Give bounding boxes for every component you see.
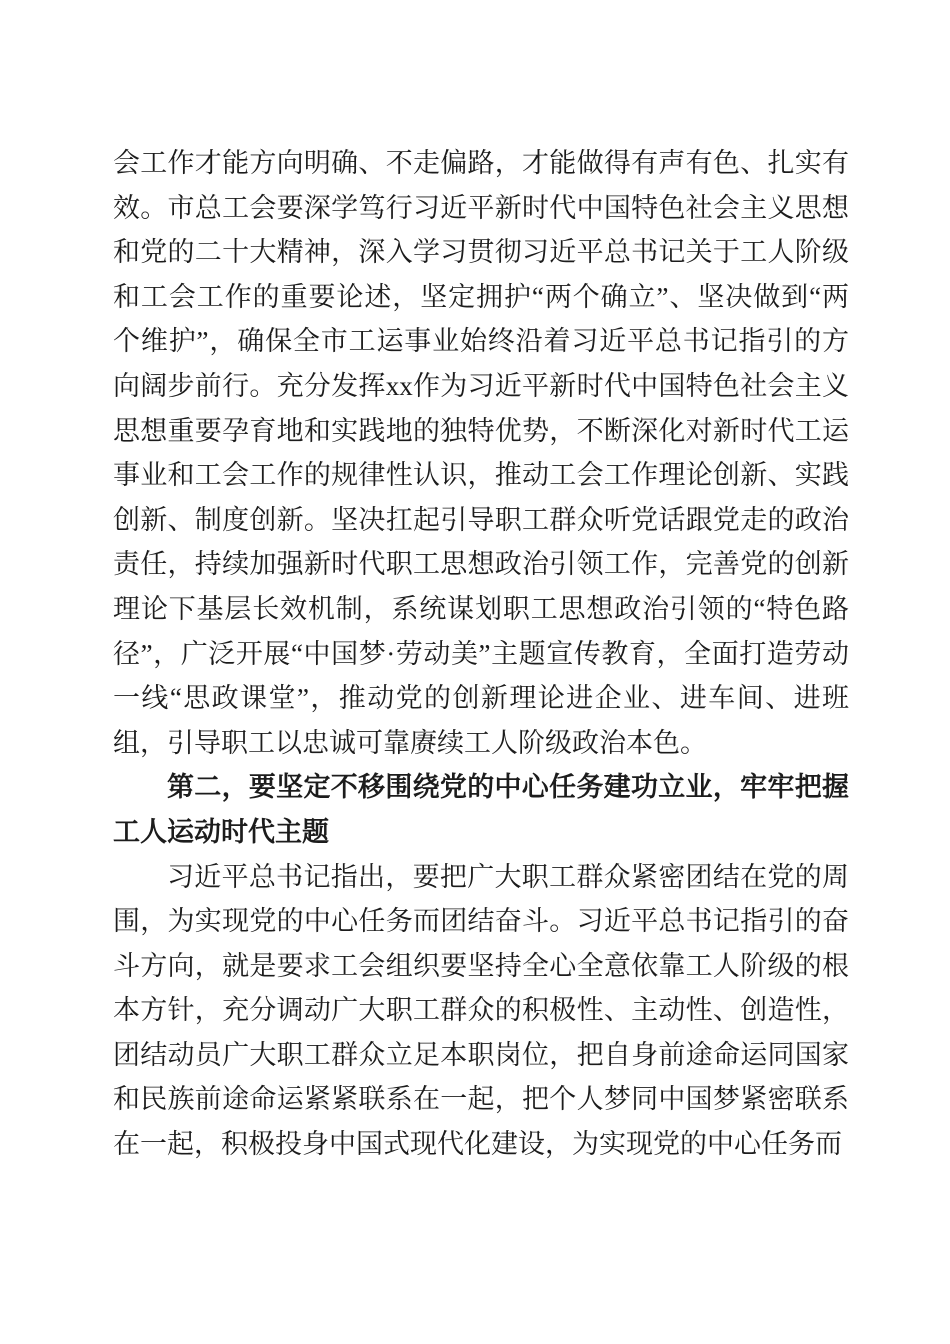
paragraph-body: 习近平总书记指出，要把广大职工群众紧密团结在党的周围，为实现党的中心任务而团结奋… bbox=[113, 855, 849, 1167]
paragraph-continuation: 会工作才能方向明确、不走偏路，才能做得有声有色、扎实有效。市总工会要深学笃行习近… bbox=[113, 141, 849, 765]
document-text-block: 会工作才能方向明确、不走偏路，才能做得有声有色、扎实有效。市总工会要深学笃行习近… bbox=[113, 141, 849, 1167]
document-page: 会工作才能方向明确、不走偏路，才能做得有声有色、扎实有效。市总工会要深学笃行习近… bbox=[0, 0, 950, 1344]
section-heading-second: 第二，要坚定不移围绕党的中心任务建功立业，牢牢把握工人运动时代主题 bbox=[113, 765, 849, 854]
